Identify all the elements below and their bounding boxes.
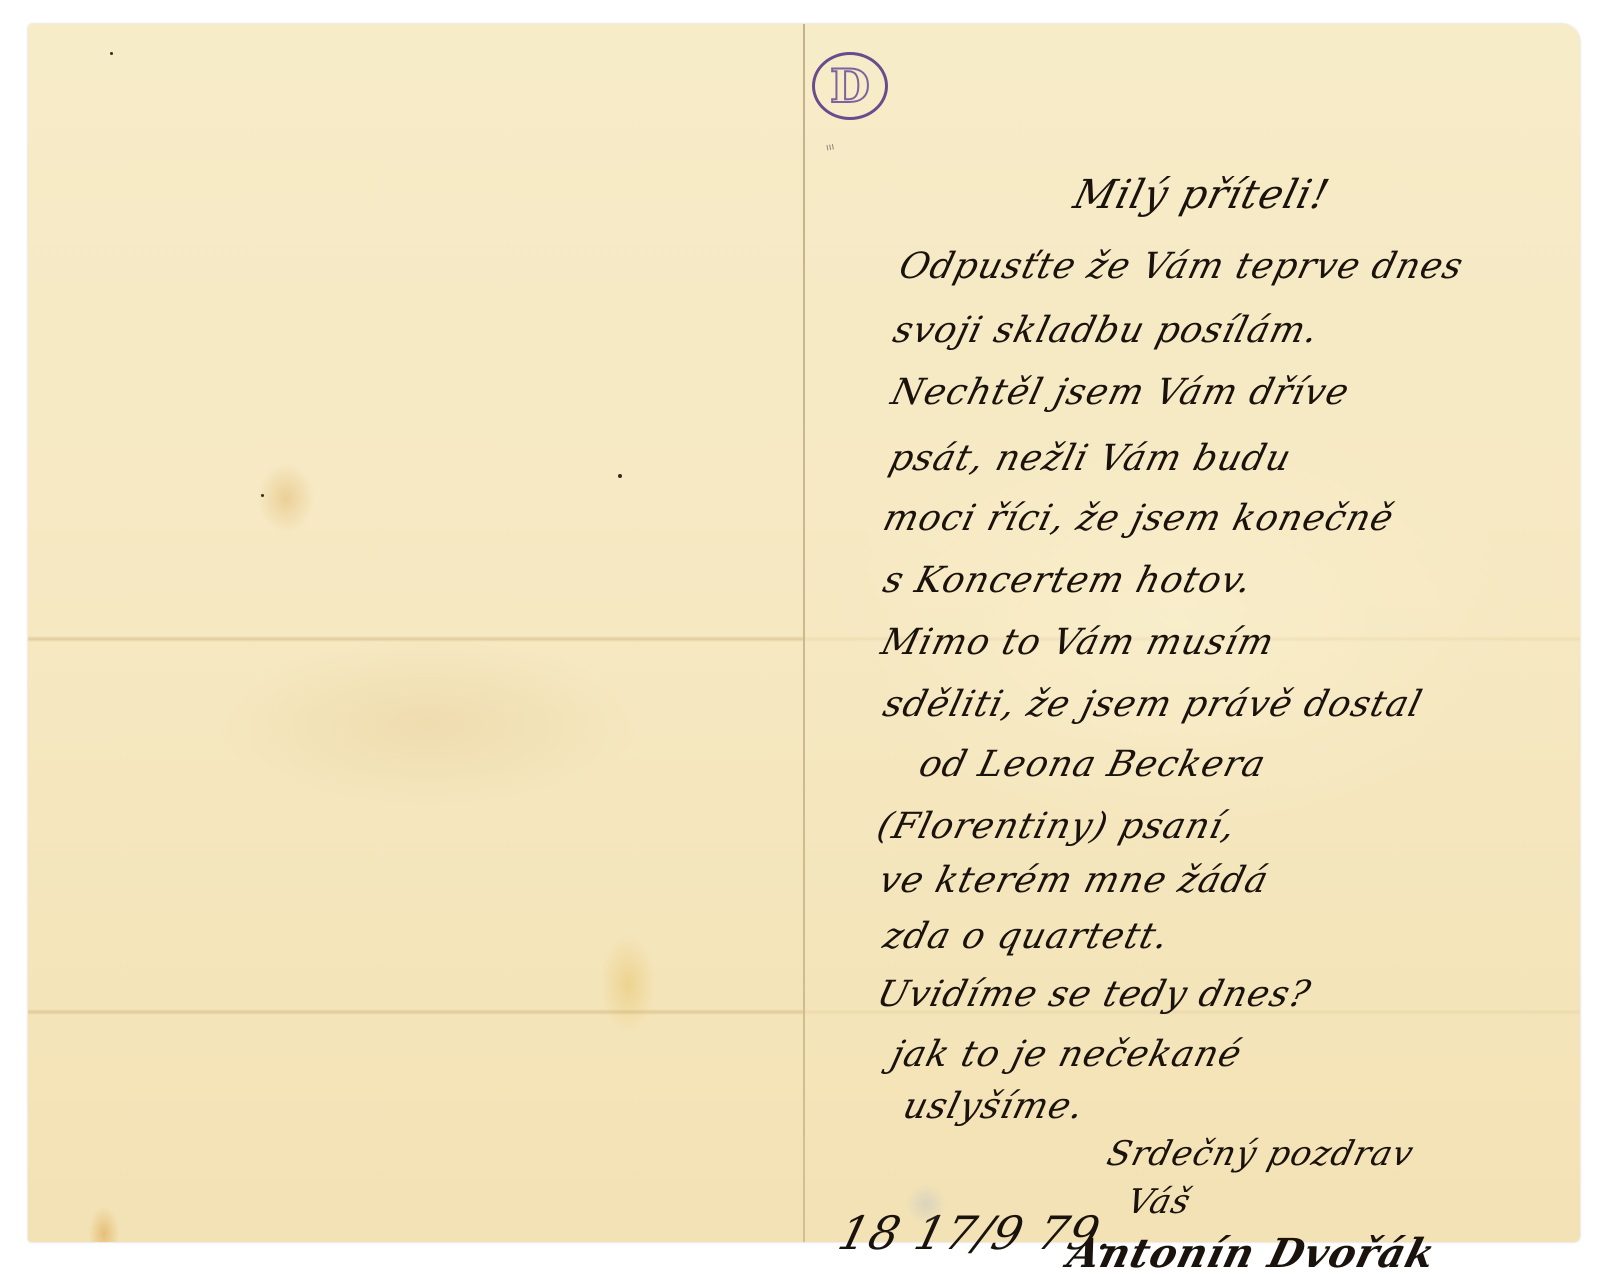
closing-greeting: Srdečný pozdrav <box>1103 1134 1418 1174</box>
paper-sheet: Milý příteli! Odpusťte že Vám teprve dne… <box>28 24 1580 1242</box>
body-line: Mimo to Vám musím <box>877 622 1279 663</box>
body-line: ve kterém mne žádá <box>875 860 1273 901</box>
body-line: sděliti, že jsem právě dostal <box>879 684 1427 725</box>
horizontal-fold-upper <box>28 636 803 642</box>
ink-speck <box>261 494 264 497</box>
body-line: (Florentiny) psaní, <box>873 806 1240 847</box>
body-line: s Koncertem hotov. <box>879 560 1256 601</box>
stamp-letter: D <box>830 63 870 109</box>
ink-speck <box>110 52 113 55</box>
body-line: uslyšíme. <box>899 1086 1089 1127</box>
salutation: Milý příteli! <box>1069 172 1334 218</box>
ownership-stamp: D <box>812 52 888 120</box>
body-line: jak to je nečekané <box>887 1034 1246 1075</box>
letter-date: 18 17/9 79. <box>833 1206 1122 1260</box>
body-line: moci říci, že jsem konečně <box>879 498 1398 539</box>
scanned-letter: Milý příteli! Odpusťte že Vám teprve dne… <box>0 0 1602 1274</box>
horizontal-fold-lower <box>28 1009 803 1015</box>
closing-word: Váš <box>1123 1182 1195 1222</box>
right-page-letter: Milý příteli! Odpusťte že Vám teprve dne… <box>803 24 1580 1242</box>
body-line: od Leona Beckera <box>915 744 1270 785</box>
pencil-mark: ııı <box>825 141 835 153</box>
faint-stamp-mark <box>904 1184 948 1224</box>
body-line: Uvidíme se tedy dnes? <box>873 974 1315 1015</box>
body-line: Odpusťte že Vám teprve dnes <box>895 246 1468 287</box>
left-page-blank <box>28 24 803 1242</box>
signature: Antonín Dvořák <box>1063 1230 1441 1274</box>
body-line: psát, nežli Vám budu <box>885 438 1296 479</box>
body-line: svoji skladbu posílám. <box>889 310 1323 351</box>
body-line: Nechtěl jsem Vám dříve <box>887 372 1354 413</box>
body-line: zda o quartett. <box>879 916 1173 957</box>
ink-speck <box>618 474 622 478</box>
